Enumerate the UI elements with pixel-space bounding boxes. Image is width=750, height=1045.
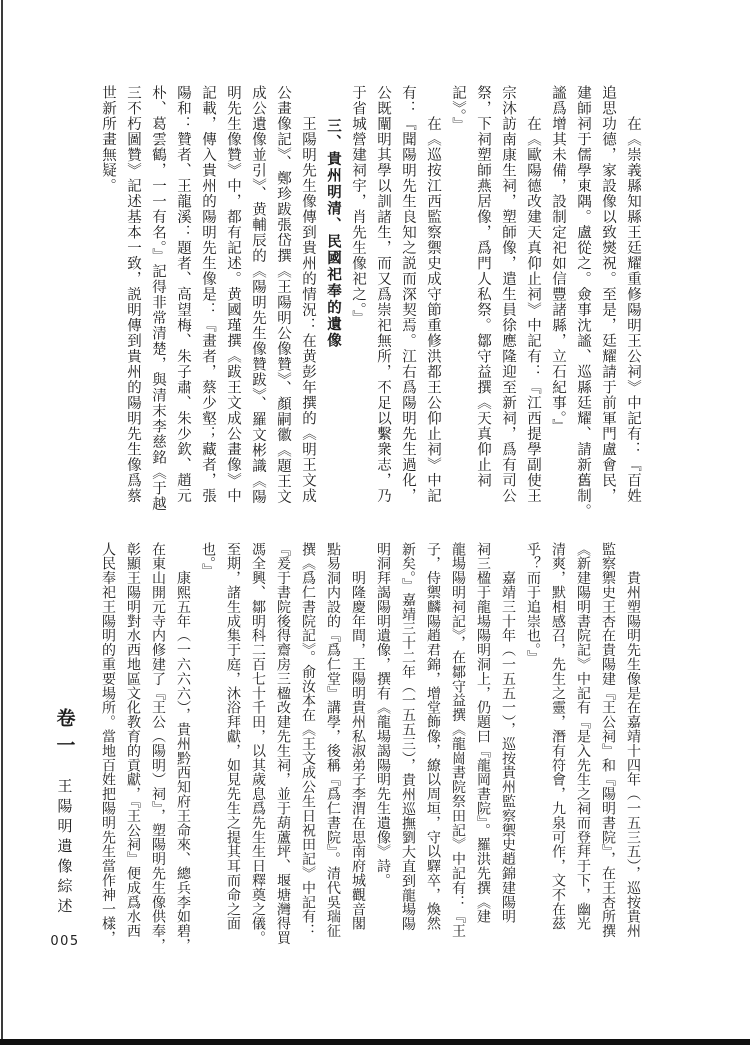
text-line: 于省城營建祠宇，肖先生像祀之。』 bbox=[345, 85, 370, 519]
text-line: 有：『聞陽明先生良知之説而深契焉。江右爲陽明先生過化， bbox=[395, 85, 420, 519]
text-line: 謐爲增其未備，設制定祀如信豐諸縣，立石紀事。』 bbox=[545, 85, 570, 519]
text-line: 新矣。』嘉靖三十二年（一五五三），貴州巡撫劉大直到龍場陽 bbox=[395, 542, 420, 944]
text-line: 監察禦史王杏在貴陽建『王公祠』和『陽明書院』，在王杏所撰 bbox=[595, 542, 620, 944]
text-line: 撰《爲仁書院記》。俞汝本在《王文成公生日祝田記》中記有： bbox=[295, 542, 320, 944]
text-line: 點易洞内設的『爲仁堂』講學，後稱『爲仁書院』。清代吳瑞征 bbox=[320, 542, 345, 944]
text-line: 彰顯王陽明對水西地區文化教育的貢獻，『王公祠』便成爲水西 bbox=[120, 542, 145, 944]
text-line: 建師祠于儒學東隅。盧從之。僉事沈謐、巡縣廷耀、請新舊制。 bbox=[570, 85, 595, 519]
main-text-upper-block: 在《崇義縣知縣王廷耀重修陽明王公祠》中記有：『百姓追思功德，家設像以致爕祝。至是… bbox=[95, 85, 645, 519]
text-line: 明洞拜謁陽明遺像，撰有《龍場謁陽明先生遺像》詩。 bbox=[370, 542, 395, 944]
text-line: 嘉靖三十年（一五五一），巡按貴州監察禦史趙錦建陽明 bbox=[495, 542, 520, 944]
text-line: 清爽，默相感召，先生之靈，潛有符會，九泉可作，文不在茲 bbox=[545, 542, 570, 944]
text-line: 朴、葛雲鶴，一一有名。』記得非常清楚，與清末李慈銘《于越 bbox=[145, 85, 170, 519]
main-text-lower-block: 貴州塑陽明先生像是在嘉靖十四年（一五三五），巡按貴州監察禦史王杏在貴陽建『王公祠… bbox=[95, 542, 645, 944]
text-line: 康熙五年（一六六六），貴州黔西知府王命來、總兵李如碧， bbox=[170, 542, 195, 944]
text-line: 記》。』 bbox=[445, 85, 470, 519]
text-line: 也。』 bbox=[195, 542, 220, 944]
scan-border-left bbox=[1, 0, 3, 1045]
text-line: 在《崇義縣知縣王廷耀重修陽明王公祠》中記有：『百姓 bbox=[620, 85, 645, 519]
volume-label: 卷一 bbox=[52, 708, 79, 762]
text-line: 馮全興、鄒明科二百七十千田，以其歲息爲先生生日釋奠之儀。 bbox=[245, 542, 270, 944]
footer-vertical-text: 卷一王陽明遺像綜述 bbox=[52, 708, 79, 920]
text-line: 祭，下祠塑師燕居像，爲門人私祭。鄒守益撰《天真仰止祠 bbox=[470, 85, 495, 519]
text-line: 在《歐陽德改建天真仰止祠》中記有：『江西提學副使王 bbox=[520, 85, 545, 519]
text-line: 《新建陽明書院記》中記有『是入先生之祠而登拜于下，幽光 bbox=[570, 542, 595, 944]
text-line: 陽和：贊者、王龍溪：題者、高望梅、朱子肅、朱少欽、趙元 bbox=[170, 85, 195, 519]
text-line: 公既闡明其學以訓諸生，而又爲崇祀無所，不足以繫衆志，乃 bbox=[370, 85, 395, 519]
text-line: 在東山開元寺内修建了『王公（陽明）祠』，塑陽明先生像供奉， bbox=[145, 542, 170, 944]
text-line: 明隆慶年間，王陽明貴州私淑弟子李渭在思南府城觀音閣 bbox=[345, 542, 370, 944]
scanned-book-page: 在《崇義縣知縣王廷耀重修陽明王公祠》中記有：『百姓追思功德，家設像以致爕祝。至是… bbox=[0, 0, 750, 1045]
text-line: 公畫像記》、鄭珍跋張岱撰《王陽明公像贊》、顏嗣徽《題王文 bbox=[270, 85, 295, 519]
text-line: 祠三楹于龍場陽明洞上，仍題曰『龍岡書院』。羅洪先撰《建 bbox=[470, 542, 495, 944]
text-line: 『爰于書院後得齋房三楹改建先生祠，並于葫蘆坪、堰塘灣得買 bbox=[270, 542, 295, 944]
text-line: 至期，諸生成集于庭，沐浴拜獻，如見先生之提其耳而命之面 bbox=[220, 542, 245, 944]
text-line: 乎？而于追崇也。』 bbox=[520, 542, 545, 944]
text-line: 子，侍禦麟陽趙君錦，增堂飾像，繚以周垣，守以驛卒，煥然 bbox=[420, 542, 445, 944]
text-line: 明先生像贊》中，都有記述。黄國瑾撰《跋王文成公畫像》中 bbox=[220, 85, 245, 519]
text-line: 人民奉祀王陽明的重要場所。當地百姓把陽明先生當作神一樣， bbox=[95, 542, 120, 944]
text-line: 貴州塑陽明先生像是在嘉靖十四年（一五三五），巡按貴州 bbox=[620, 542, 645, 944]
chapter-title: 王陽明遺像綜述 bbox=[55, 762, 76, 918]
text-line: 龍場陽明祠記》，在鄒守益撰《龍崗書院祭田記》中記有：『王 bbox=[445, 542, 470, 944]
text-line: 追思功德，家設像以致爕祝。至是，廷耀請于前軍門盧會民， bbox=[595, 85, 620, 519]
text-line: 記載，傳入貴州的陽明先生像是：『畫者，蔡少壑；藏者，張 bbox=[195, 85, 220, 519]
text-line: 王陽明先生像傳到貴州的情況：在黄彭年撰的《明王文成 bbox=[295, 85, 320, 519]
page-footer: 卷一王陽明遺像綜述 005 bbox=[48, 708, 82, 949]
text-line: 在《巡按江西監察禦史成守節重修洪都王公仰止祠》中記 bbox=[420, 85, 445, 519]
section-heading: 三、貴州明清、民國祀奉的遺像 bbox=[320, 85, 345, 519]
text-line: 成公遺像並引》、黄輔辰的《陽明先生像贊跋》、羅文彬識《陽 bbox=[245, 85, 270, 519]
page-number: 005 bbox=[50, 934, 79, 949]
text-line: 世新所畫無疑。 bbox=[95, 85, 120, 519]
text-line: 宗沐訪南康生祠，塑師像，遣生員徐應隆迎至新祠，爲有司公 bbox=[495, 85, 520, 519]
text-line: 三不朽圖贊》記述基本一致，説明傳到貴州的陽明先生像爲蔡 bbox=[120, 85, 145, 519]
scan-border-bottom bbox=[0, 1039, 750, 1045]
